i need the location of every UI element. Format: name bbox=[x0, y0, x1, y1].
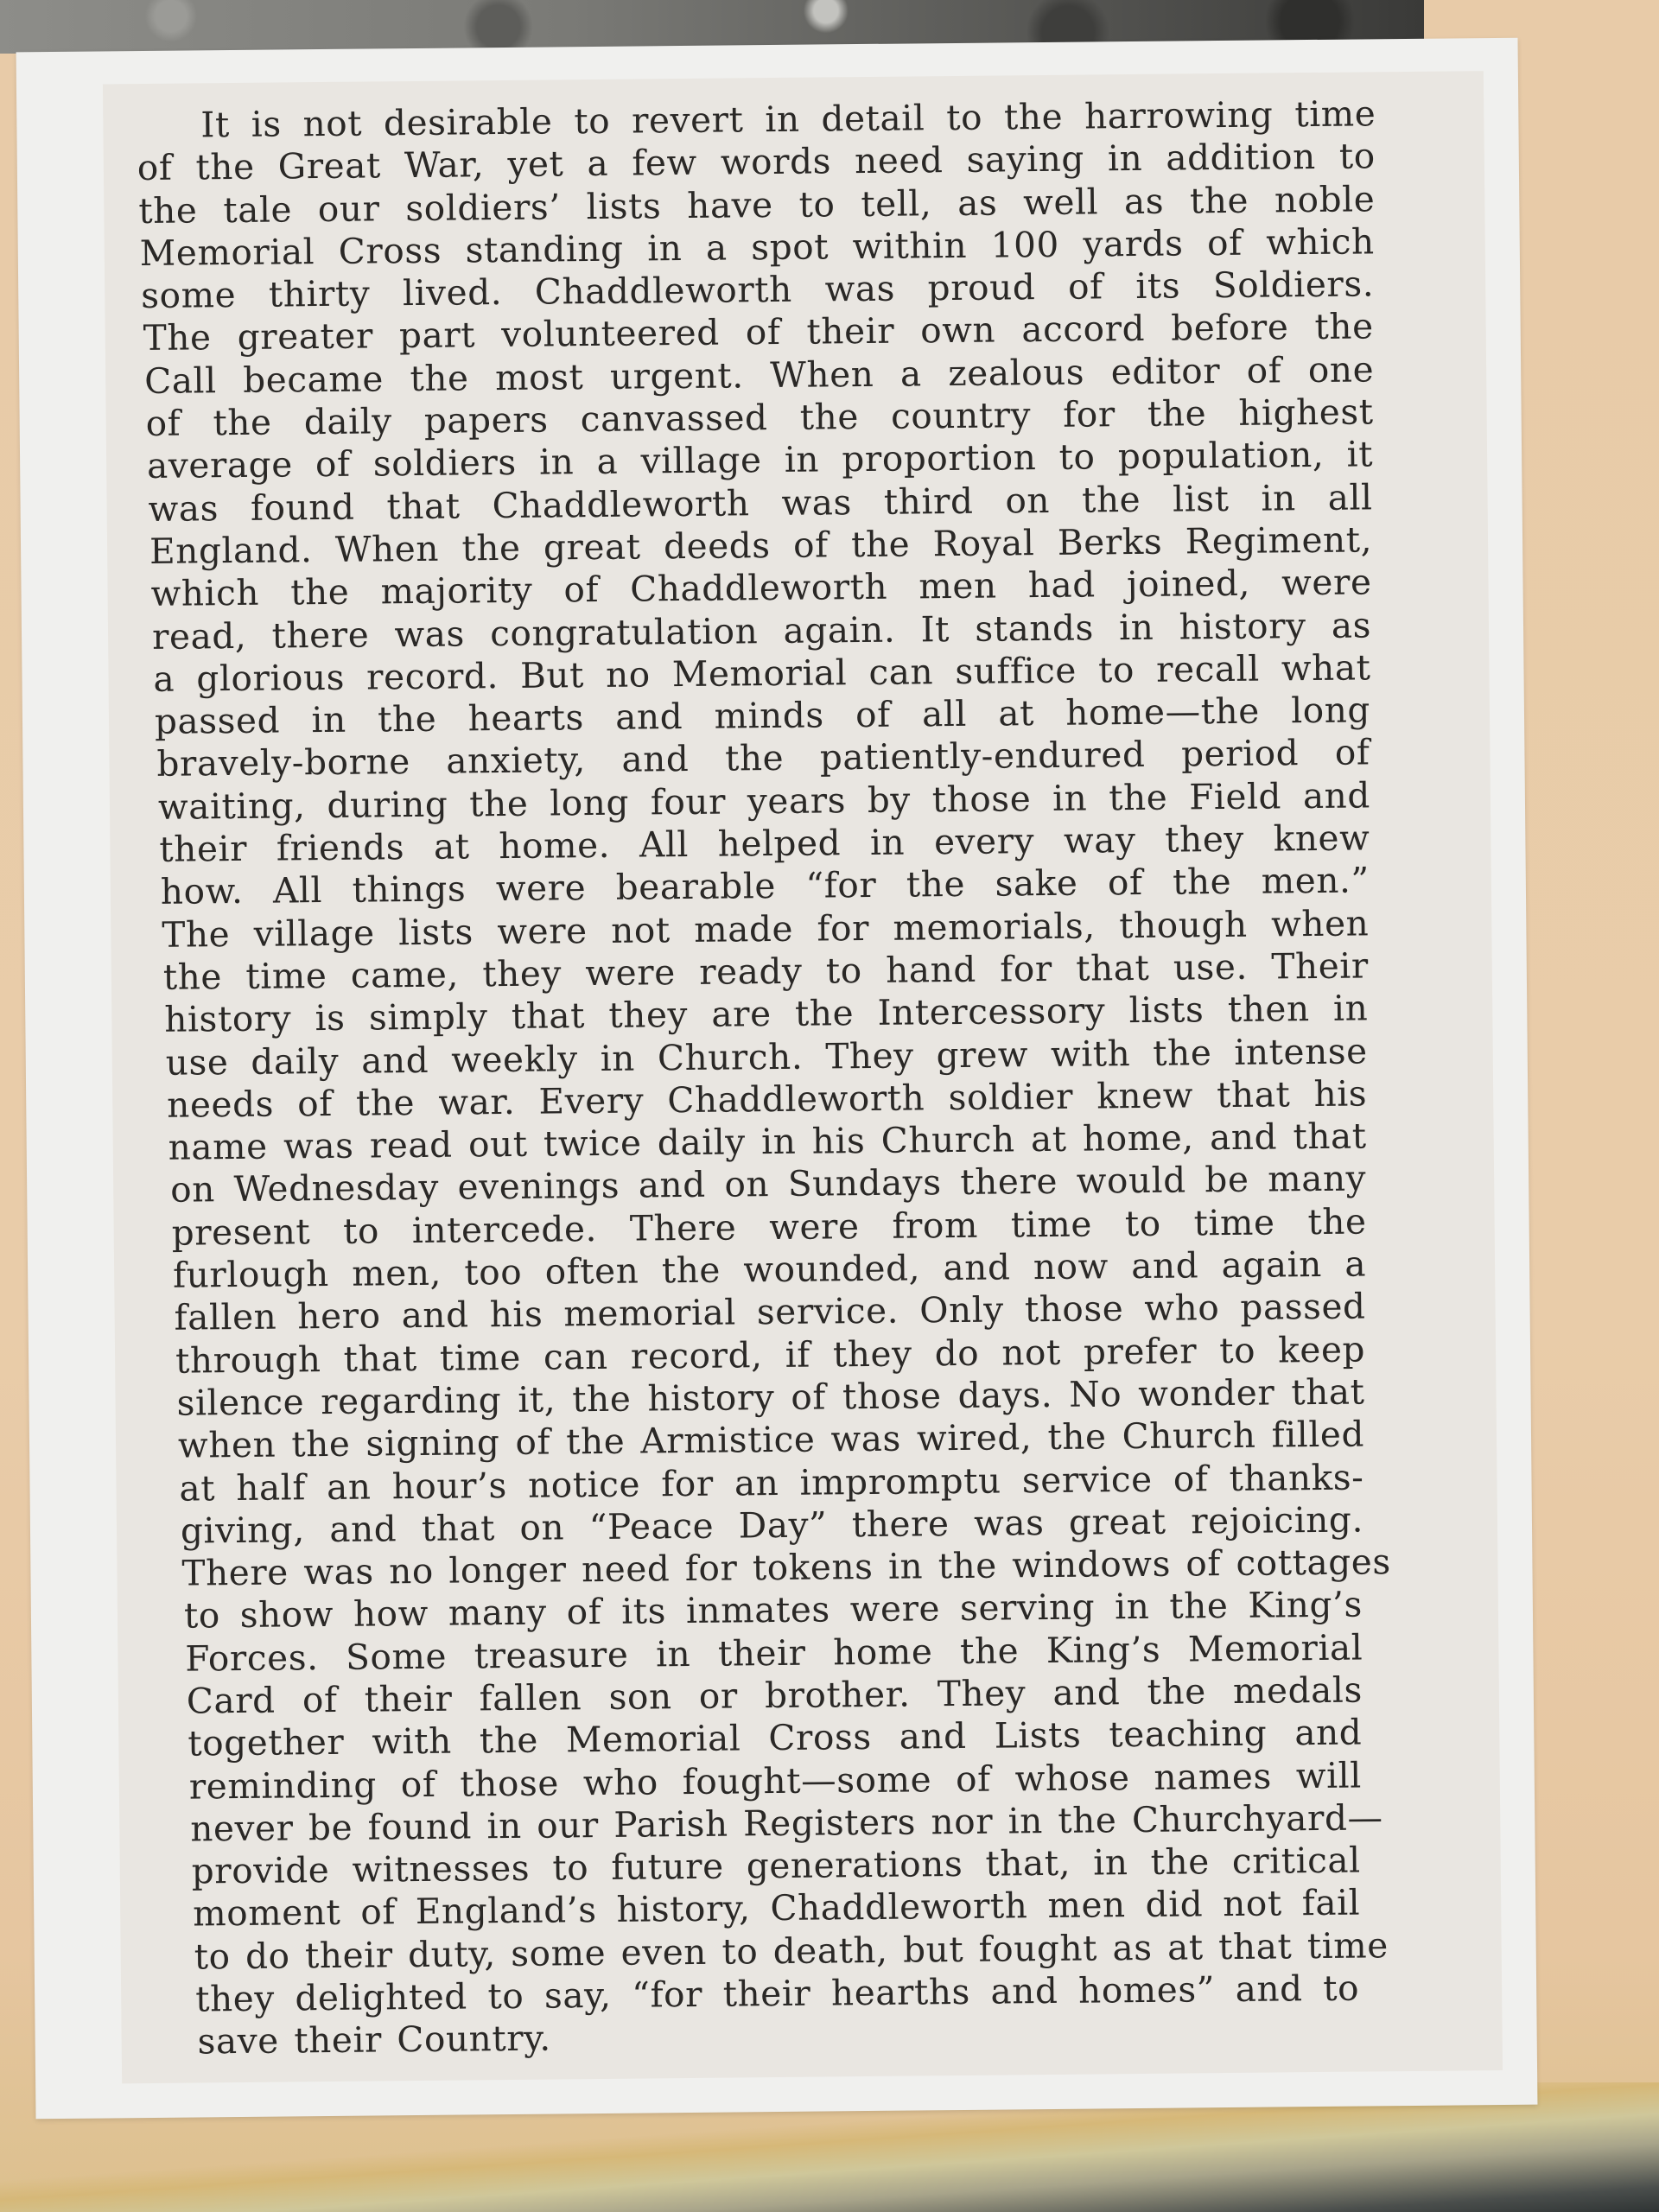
memorial-paragraph: It is not desirable to revert in detail … bbox=[136, 92, 1395, 2063]
printed-page: It is not desirable to revert in detail … bbox=[16, 38, 1538, 2120]
